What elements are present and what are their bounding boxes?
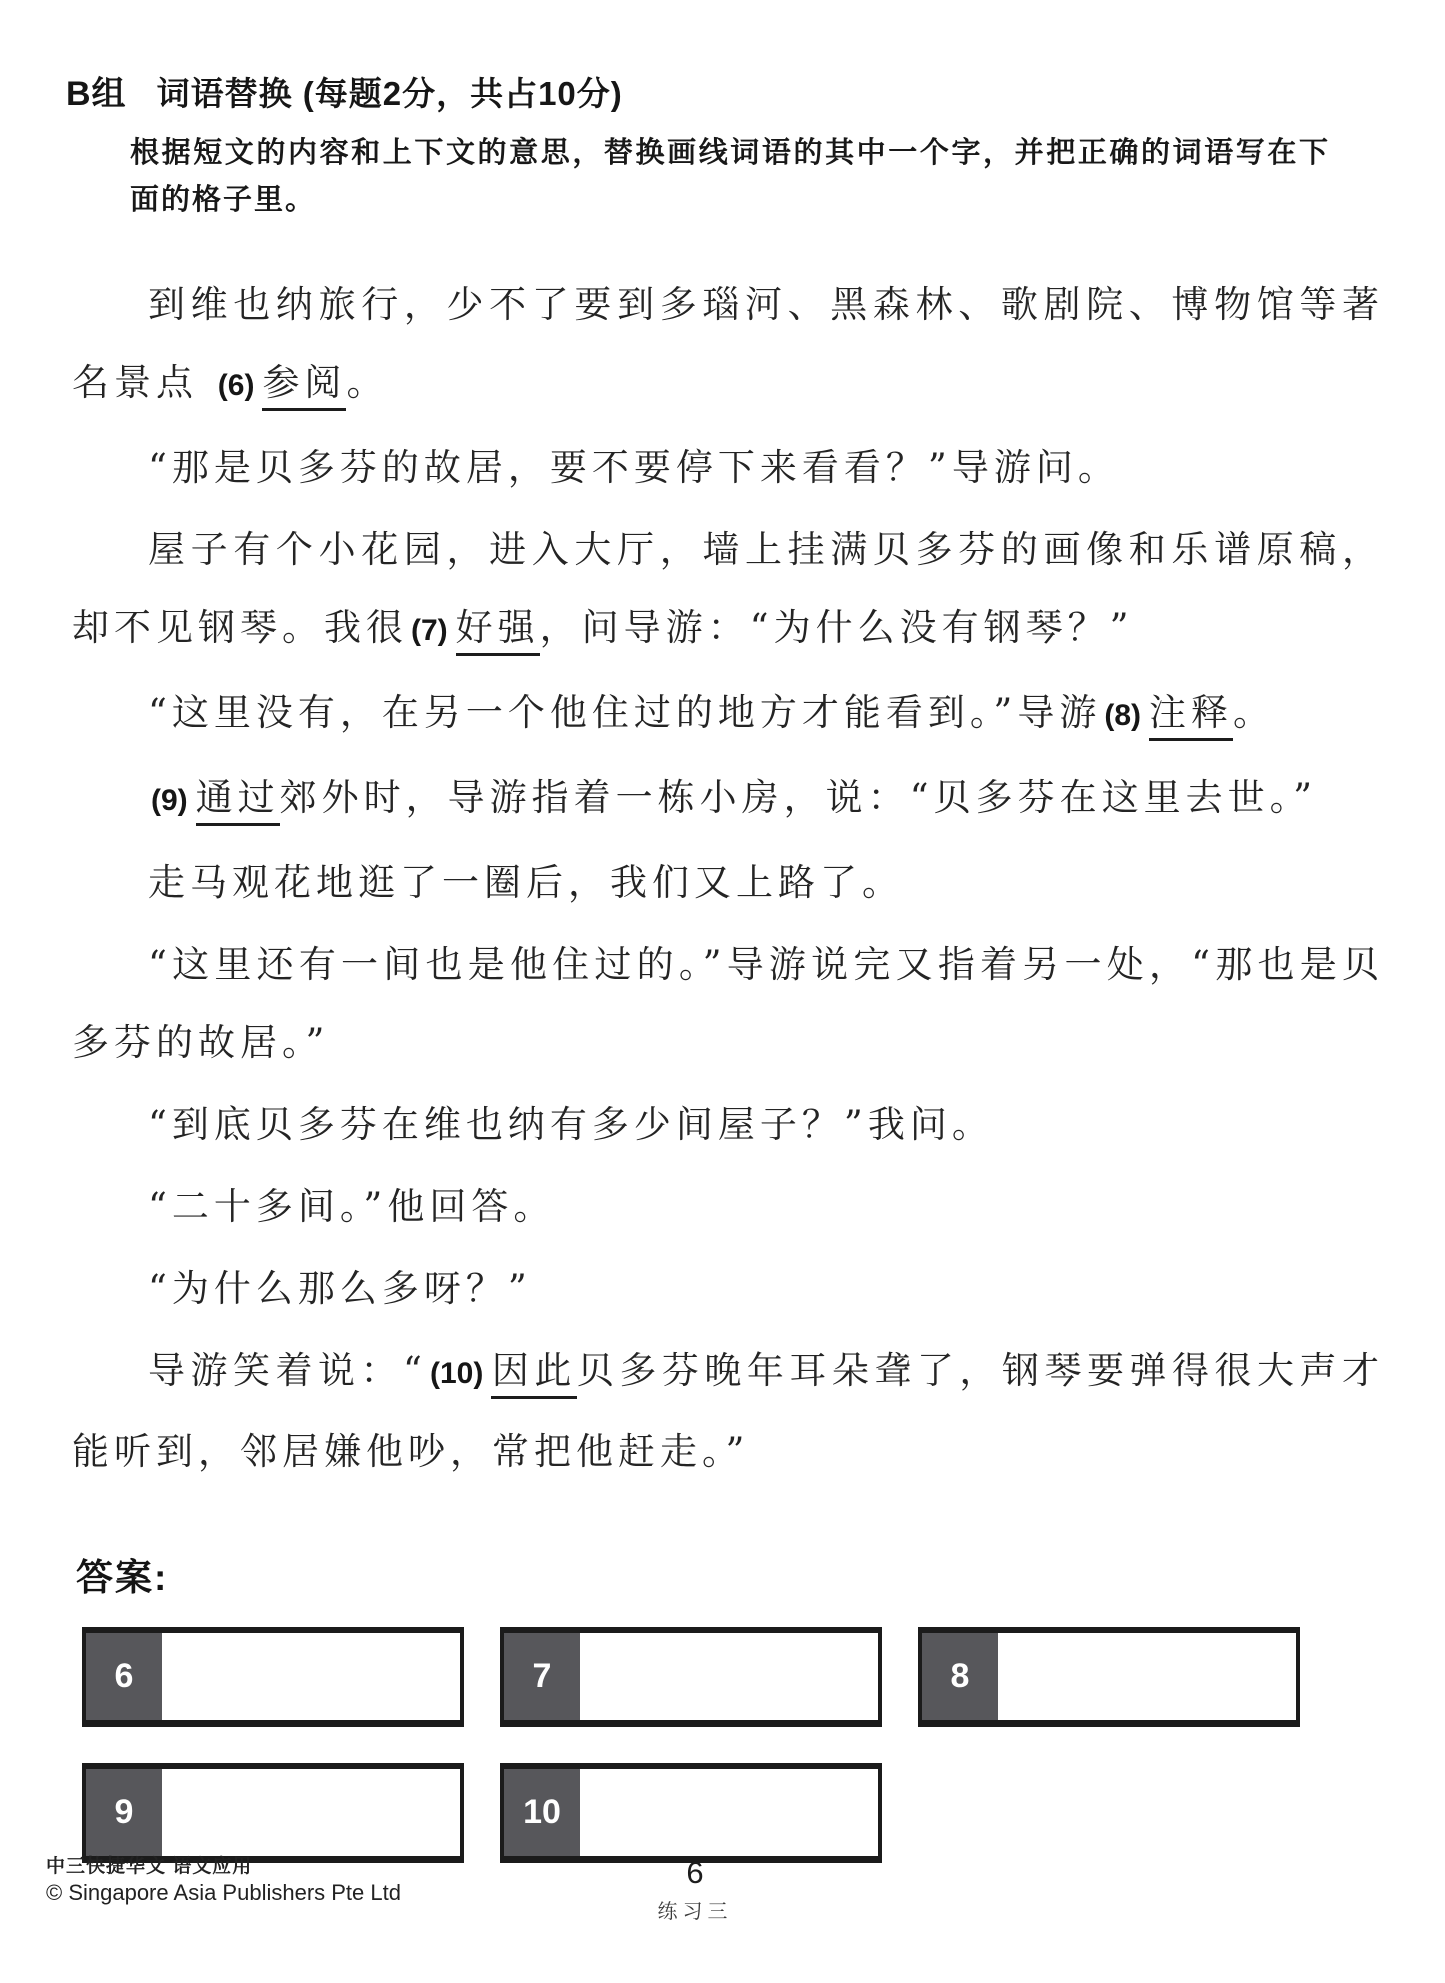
answer-box-number: 9 bbox=[86, 1769, 162, 1856]
question-number: (9) bbox=[151, 784, 188, 817]
footer-copyright: © Singapore Asia Publishers Pte Ltd bbox=[46, 1879, 401, 1906]
worksheet-page: B组词语替换 (每题2分，共占10分) 根据短文的内容和上下文的意思，替换画线词… bbox=[0, 0, 1445, 1983]
passage-paragraph: 走马观花地逛了一圈后，我们又上路了。 bbox=[72, 844, 1384, 922]
passage-paragraph: 屋子有个小花园，进入大厅，墙上挂满贝多芬的画像和乐谱原稿，却不见钢琴。我很(7)… bbox=[72, 511, 1384, 670]
section-header: B组词语替换 (每题2分，共占10分) bbox=[66, 0, 1445, 114]
footer-series-title: 中三快捷华文 语文应用 bbox=[46, 1855, 401, 1879]
answer-box-field[interactable] bbox=[998, 1633, 1296, 1720]
section-label: B组 bbox=[66, 74, 127, 114]
passage-paragraph: (9)通过郊外时，导游指着一栋小房，说：“贝多芬在这里去世。” bbox=[72, 759, 1384, 840]
passage-paragraph: “这里没有，在另一个他住过的地方才能看到。”导游(8)注释。 bbox=[72, 674, 1384, 755]
instructions-text: 根据短文的内容和上下文的意思，替换画线词语的其中一个字，并把正确的词语写在下面的… bbox=[130, 130, 1330, 224]
answer-box-field[interactable] bbox=[162, 1633, 460, 1720]
answers-label: 答案: bbox=[76, 1547, 1445, 1601]
passage-paragraph: “这里还有一间也是他住过的。”导游说完又指着另一处，“那也是贝多芬的故居。” bbox=[72, 926, 1384, 1082]
passage-text: 。 bbox=[346, 361, 388, 404]
answer-box-number: 8 bbox=[922, 1633, 998, 1720]
passage-text: “二十多间。”他回答。 bbox=[148, 1185, 555, 1228]
passage: 到维也纳旅行，少不了要到多瑙河、黑森林、歌剧院、博物馆等著名景点 (6)参阅。“… bbox=[72, 266, 1384, 1491]
page-footer: 中三快捷华文 语文应用 © Singapore Asia Publishers … bbox=[0, 1855, 1445, 1945]
passage-paragraph: “到底贝多芬在维也纳有多少间屋子？”我问。 bbox=[72, 1086, 1384, 1164]
passage-text: ，问导游：“为什么没有钢琴？” bbox=[540, 606, 1134, 649]
answer-box: 6 bbox=[82, 1627, 464, 1727]
page-number: 6 bbox=[630, 1855, 760, 1891]
passage-text: “这里没有，在另一个他住过的地方才能看到。”导游 bbox=[148, 691, 1101, 734]
underlined-word: 因此 bbox=[491, 1349, 577, 1399]
passage-paragraph: “那是贝多芬的故居，要不要停下来看看？”导游问。 bbox=[72, 429, 1384, 507]
underlined-word: 通过 bbox=[196, 776, 280, 826]
underlined-word: 注释 bbox=[1149, 691, 1233, 741]
answer-box: 8 bbox=[918, 1627, 1300, 1727]
answer-box-field[interactable] bbox=[580, 1633, 878, 1720]
passage-paragraph: 到维也纳旅行，少不了要到多瑙河、黑森林、歌剧院、博物馆等著名景点 (6)参阅。 bbox=[72, 266, 1384, 425]
passage-text: “那是贝多芬的故居，要不要停下来看看？”导游问。 bbox=[148, 446, 1120, 489]
footer-page-block: 6 练习三 bbox=[630, 1855, 760, 1924]
underlined-word: 参阅 bbox=[262, 361, 346, 411]
passage-text: “到底贝多芬在维也纳有多少间屋子？”我问。 bbox=[148, 1103, 994, 1146]
passage-text: 郊外时，导游指着一栋小房，说：“贝多芬在这里去世。” bbox=[280, 776, 1317, 819]
passage-text: 。 bbox=[1233, 691, 1275, 734]
answer-box-number: 7 bbox=[504, 1633, 580, 1720]
answer-box: 7 bbox=[500, 1627, 882, 1727]
answer-box-field[interactable] bbox=[580, 1769, 878, 1856]
footer-publisher-block: 中三快捷华文 语文应用 © Singapore Asia Publishers … bbox=[46, 1855, 401, 1906]
passage-text: 走马观花地逛了一圈后，我们又上路了。 bbox=[148, 861, 904, 904]
answer-box-number: 10 bbox=[504, 1769, 580, 1856]
question-number: (7) bbox=[411, 614, 448, 647]
passage-text: 导游笑着说：“ bbox=[148, 1349, 427, 1392]
section-title: 词语替换 (每题2分，共占10分) bbox=[157, 75, 623, 112]
passage-paragraph: “为什么那么多呀？” bbox=[72, 1250, 1384, 1328]
answer-box-number: 6 bbox=[86, 1633, 162, 1720]
passage-paragraph: 导游笑着说：“(10)因此贝多芬晚年耳朵聋了，钢琴要弹得很大声才能听到，邻居嫌他… bbox=[72, 1332, 1384, 1491]
underlined-word: 好强 bbox=[456, 606, 540, 656]
answer-box-field[interactable] bbox=[162, 1769, 460, 1856]
question-number: (6) bbox=[218, 369, 255, 402]
passage-text: “为什么那么多呀？” bbox=[148, 1267, 532, 1310]
exercise-label: 练习三 bbox=[630, 1895, 760, 1924]
answer-grid: 678910 bbox=[82, 1627, 1304, 1863]
question-number: (10) bbox=[430, 1357, 483, 1390]
question-number: (8) bbox=[1104, 699, 1141, 732]
answer-box: 9 bbox=[82, 1763, 464, 1863]
passage-text: “这里还有一间也是他住过的。”导游说完又指着另一处，“那也是贝多芬的故居。” bbox=[72, 943, 1384, 1064]
answer-box: 10 bbox=[500, 1763, 882, 1863]
passage-paragraph: “二十多间。”他回答。 bbox=[72, 1168, 1384, 1246]
